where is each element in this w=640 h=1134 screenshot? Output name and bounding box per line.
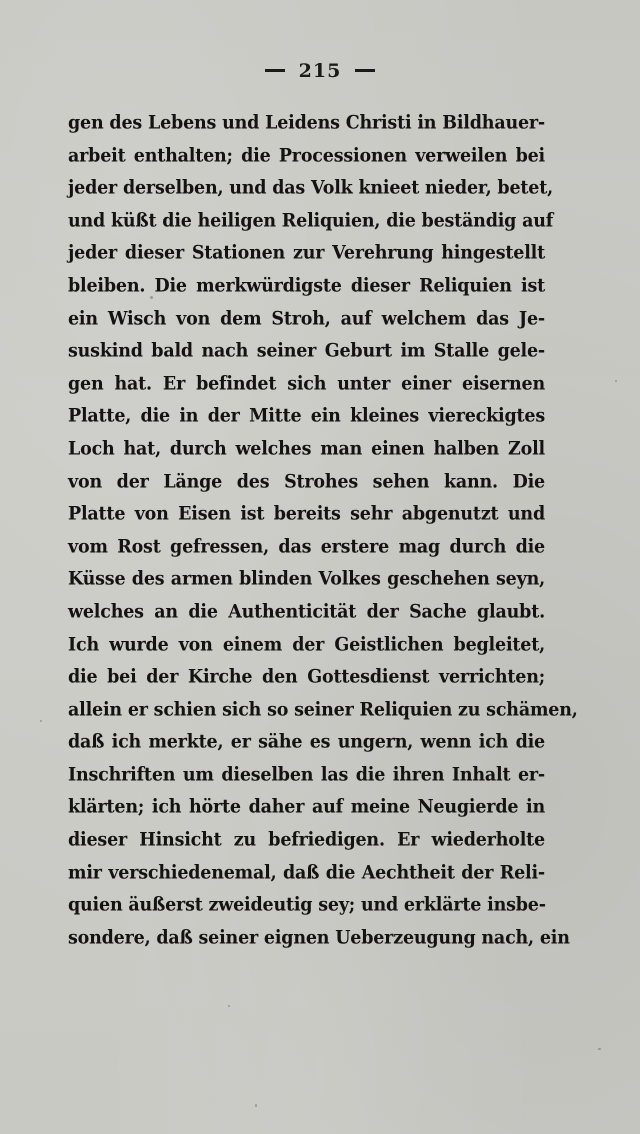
text-line: arbeit enthalten; die Processionen verwe…: [68, 138, 545, 173]
text-line: gen des Lebens und Leidens Christi in Bi…: [68, 106, 545, 141]
paper-speck: [255, 1104, 257, 1107]
paper-speck: [150, 296, 153, 299]
text-line: welches an die Authenticität der Sache g…: [68, 595, 545, 630]
text-line: quien äußerst zweideutig sey; und erklär…: [68, 888, 545, 923]
text-line: gen hat. Er befindet sich unter einer ei…: [68, 366, 545, 401]
book-page: 215 gen des Lebens und Leidens Christi i…: [0, 0, 640, 1134]
text-line: dieser Hinsicht zu befriedigen. Er wiede…: [68, 823, 545, 858]
text-line: Platte, die in der Mitte ein kleines vie…: [68, 399, 545, 434]
text-line: daß ich merkte, er sähe es ungern, wenn …: [68, 725, 545, 760]
text-line: von der Länge des Strohes sehen kann. Di…: [68, 464, 545, 499]
text-line: bleiben. Die merkwürdigste dieser Reliqu…: [68, 269, 545, 304]
text-line: Ich wurde von einem der Geistlichen begl…: [68, 627, 545, 662]
left-dash: [265, 69, 285, 72]
page-header: 215: [0, 60, 640, 82]
text-line: Küsse des armen blinden Volkes geschehen…: [68, 562, 545, 597]
paper-speck: [40, 720, 42, 722]
text-line: und küßt die heiligen Reliquien, die bes…: [68, 203, 545, 238]
text-line: Inschriften um dieselben las die ihren I…: [68, 758, 545, 793]
text-line: sondere, daß seiner eignen Ueberzeugung …: [68, 921, 545, 956]
text-line: vom Rost gefressen, das erstere mag durc…: [68, 529, 545, 564]
text-line: jeder derselben, und das Volk knieet nie…: [68, 171, 545, 206]
text-line: Loch hat, durch welches man einen halben…: [68, 432, 545, 467]
page-number: 215: [299, 60, 342, 82]
text-line: jeder dieser Stationen zur Verehrung hin…: [68, 236, 545, 271]
right-dash: [355, 69, 375, 72]
text-line: Platte von Eisen ist bereits sehr abgenu…: [68, 497, 545, 532]
text-line: ein Wisch von dem Stroh, auf welchem das…: [68, 301, 545, 336]
paper-speck: [228, 1005, 230, 1007]
text-line: klärten; ich hörte daher auf meine Neugi…: [68, 790, 545, 825]
text-line: suskind bald nach seiner Geburt im Stall…: [68, 334, 545, 369]
paper-speck: [615, 380, 617, 382]
paper-speck: [598, 1048, 601, 1050]
text-line: die bei der Kirche den Gottesdienst verr…: [68, 660, 545, 695]
body-text: gen des Lebens und Leidens Christi in Bi…: [68, 107, 545, 954]
text-line: mir verschiedenemal, daß die Aechtheit d…: [68, 855, 545, 890]
text-line: allein er schien sich so seiner Reliquie…: [68, 692, 545, 727]
